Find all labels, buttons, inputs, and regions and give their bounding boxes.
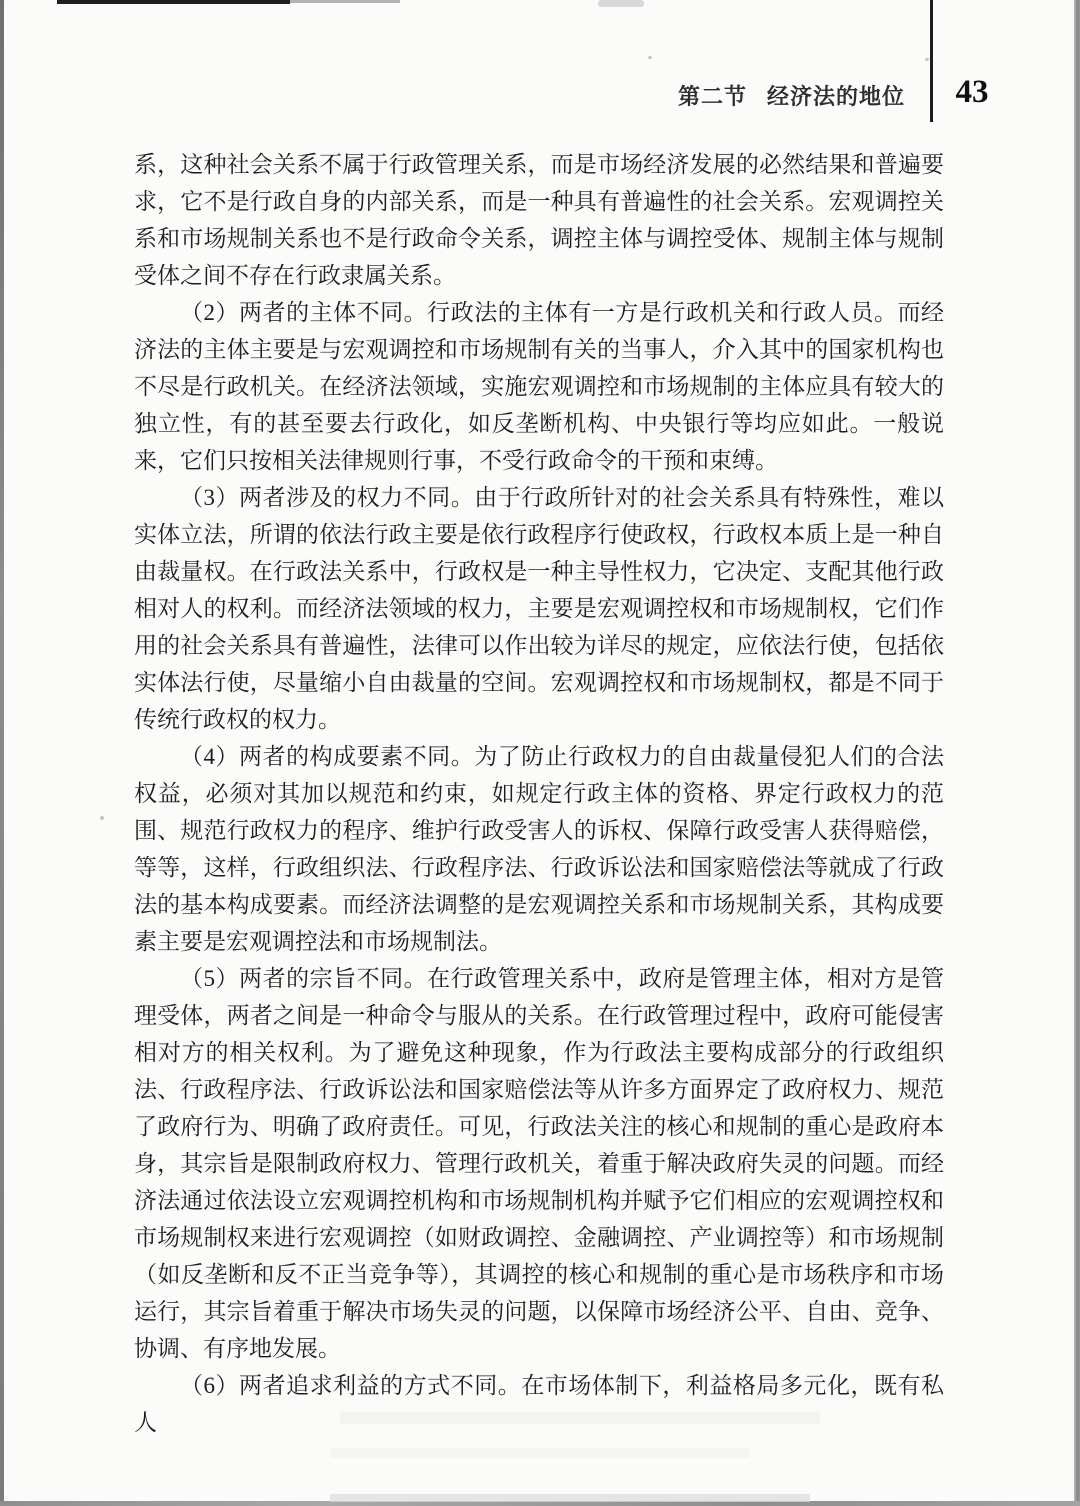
header-divider-rule [930,0,933,122]
paragraph: （3）两者涉及的权力不同。由于行政所针对的社会关系具有特殊性，难以实体立法，所谓… [134,479,944,738]
scan-bleedthrough [330,1448,750,1458]
scan-artifact-mark [598,0,644,7]
paragraph: （4）两者的构成要素不同。为了防止行政权力的自由裁量侵犯人们的合法权益，必须对其… [134,738,944,960]
paragraph: 系，这种社会关系不属于行政管理关系，而是市场经济发展的必然结果和普遍要求，它不是… [134,146,944,294]
scan-artifact-line [57,0,290,4]
page-number: 43 [942,74,1002,111]
section-title: 经济法的地位 [767,84,905,109]
scan-speck [100,816,104,820]
body-text: 系，这种社会关系不属于行政管理关系，而是市场经济发展的必然结果和普遍要求，它不是… [134,146,944,1441]
scan-speck [925,58,929,61]
section-label: 第二节 [678,84,747,109]
scan-edge-right [1074,0,1080,1506]
book-page: 第二节经济法的地位 43 系，这种社会关系不属于行政管理关系，而是市场经济发展的… [0,0,1080,1506]
paragraph: （2）两者的主体不同。行政法的主体有一方是行政机关和行政人员。而经济法的主体主要… [134,294,944,479]
paragraph: （6）两者追求利益的方式不同。在市场体制下，利益格局多元化，既有私人 [134,1367,944,1441]
scan-speck [648,56,652,59]
scan-artifact-line-fade [290,0,400,3]
scan-bleedthrough [330,1494,810,1502]
paragraph: （5）两者的宗旨不同。在行政管理关系中，政府是管理主体，相对方是管理受体，两者之… [134,960,944,1367]
scan-edge-left [0,0,4,1506]
running-head: 第二节经济法的地位 [678,80,905,111]
